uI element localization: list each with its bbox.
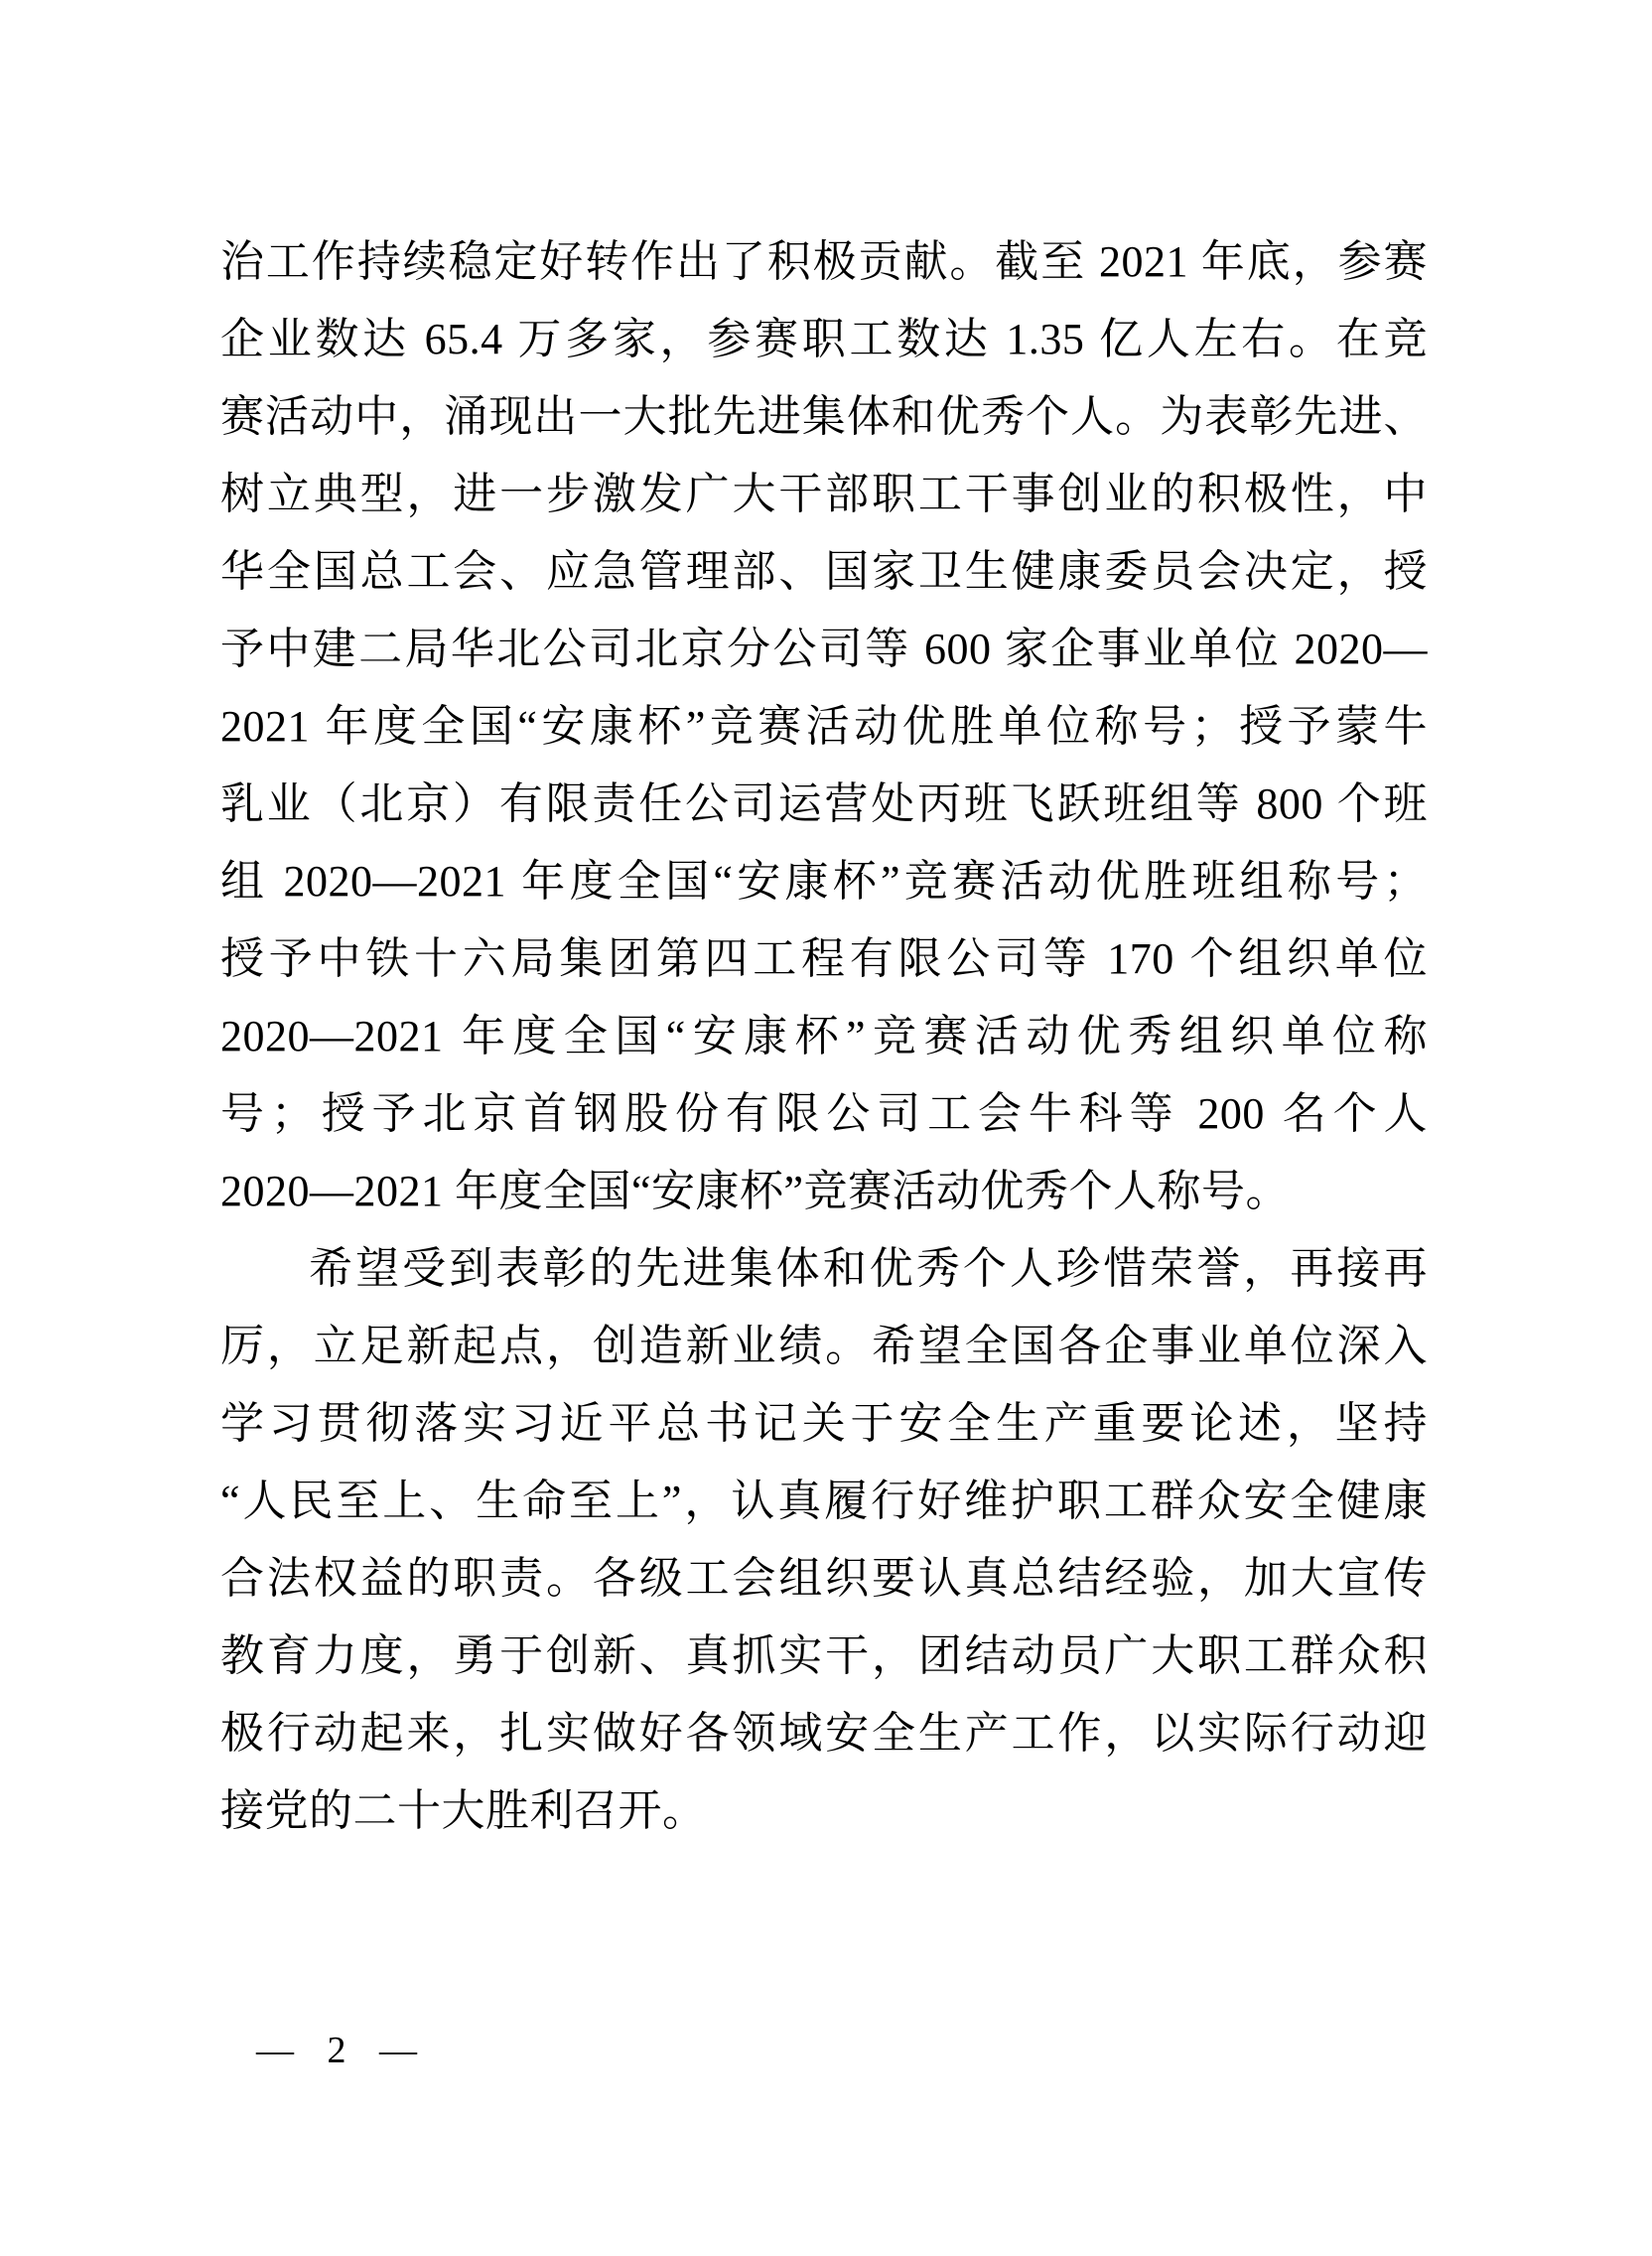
text-line: 赛活动中，涌现出一大批先进集体和优秀个人。为表彰先进、 — [220, 378, 1428, 456]
document-page: 治工作持续稳定好转作出了积极贡献。截至 2021 年底，参赛 企业数达 65.4… — [0, 0, 1652, 2256]
page-number-footer: — 2 — — [256, 2026, 417, 2075]
text-line: 予中建二局华北公司北京分公司等 600 家企事业单位 2020— — [220, 611, 1428, 688]
text-line: 授予中铁十六局集团第四工程有限公司等 170 个组织单位 — [220, 920, 1428, 998]
text-line: 治工作持续稳定好转作出了积极贡献。截至 2021 年底，参赛 — [220, 223, 1428, 301]
text-line: 号；授予北京首钢股份有限公司工会牛科等 200 名个人 — [220, 1075, 1428, 1153]
text-line: 企业数达 65.4 万多家，参赛职工数达 1.35 亿人左右。在竞 — [220, 301, 1428, 378]
text-line-paragraph-start: 希望受到表彰的先进集体和优秀个人珍惜荣誉，再接再 — [220, 1230, 1428, 1308]
text-line: 合法权益的职责。各级工会组织要认真总结经验，加大宣传 — [220, 1540, 1428, 1618]
text-line: 厉，立足新起点，创造新业绩。希望全国各企事业单位深入 — [220, 1308, 1428, 1385]
document-body: 治工作持续稳定好转作出了积极贡献。截至 2021 年底，参赛 企业数达 65.4… — [220, 223, 1428, 1850]
text-line: 教育力度，勇于创新、真抓实干，团结动员广大职工群众积 — [220, 1618, 1428, 1695]
text-line: 2020—2021 年度全国“安康杯”竞赛活动优秀组织单位称 — [220, 998, 1428, 1075]
text-line: 极行动起来，扎实做好各领域安全生产工作，以实际行动迎 — [220, 1695, 1428, 1772]
text-line-paragraph-end: 接党的二十大胜利召开。 — [220, 1772, 1428, 1850]
text-line: 乳业（北京）有限责任公司运营处丙班飞跃班组等 800 个班 — [220, 766, 1428, 843]
text-line: 2021 年度全国“安康杯”竞赛活动优胜单位称号；授予蒙牛 — [220, 688, 1428, 766]
text-line: 学习贯彻落实习近平总书记关于安全生产重要论述，坚持 — [220, 1385, 1428, 1463]
text-line: 华全国总工会、应急管理部、国家卫生健康委员会决定，授 — [220, 533, 1428, 611]
text-line-paragraph-end: 2020—2021 年度全国“安康杯”竞赛活动优秀个人称号。 — [220, 1153, 1428, 1230]
text-line: “人民至上、生命至上”，认真履行好维护职工群众安全健康 — [220, 1463, 1428, 1540]
text-line: 组 2020—2021 年度全国“安康杯”竞赛活动优胜班组称号； — [220, 843, 1428, 920]
text-line: 树立典型，进一步激发广大干部职工干事创业的积极性，中 — [220, 456, 1428, 533]
